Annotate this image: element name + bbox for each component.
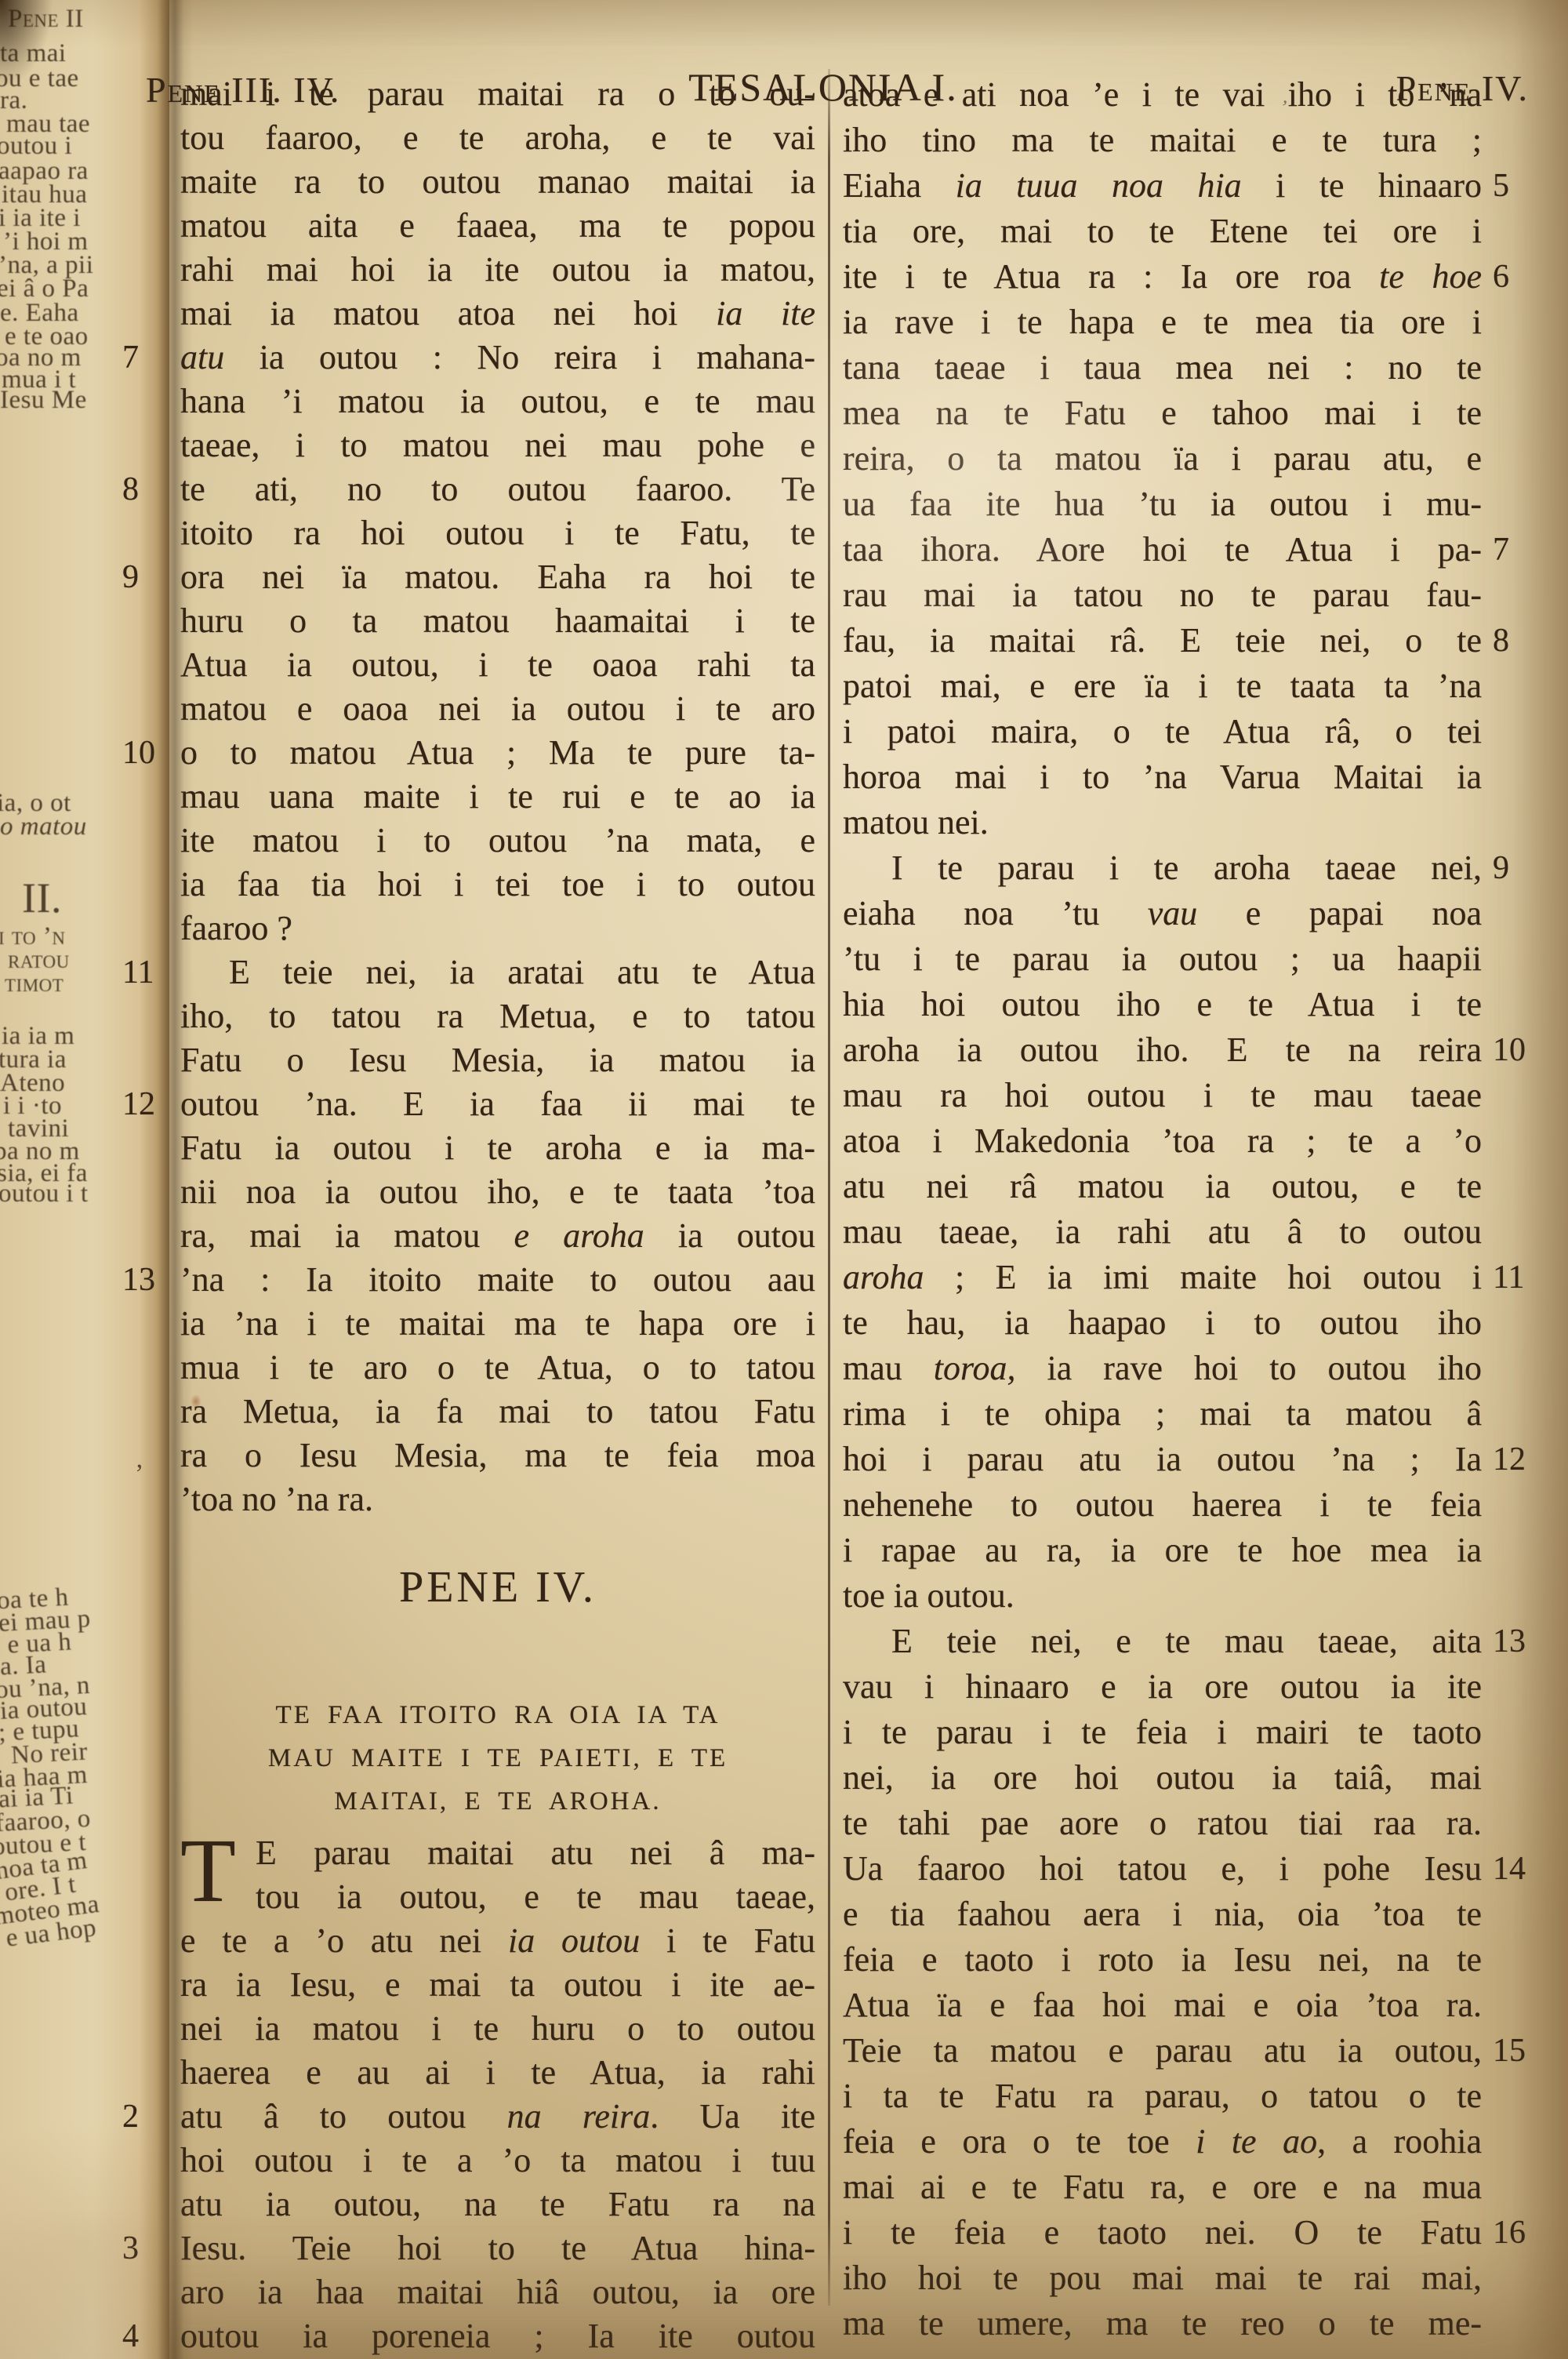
text-line: te hau, ia haapao i to outou iho (843, 1300, 1482, 1346)
chapter-heading: PENE IV. (180, 1559, 815, 1616)
text-line: maite ra to outou manao maitai ia (180, 160, 815, 204)
text-segment: iho, to tatou ra Metua, e to tatou (180, 997, 815, 1035)
text-segment: e te a ’o atu nei (180, 1921, 508, 1960)
italic-text: vau (1148, 894, 1198, 932)
text-line: hoi outou i te a ’o ta matou i tuu (180, 2139, 815, 2183)
text-segment: mau (843, 1349, 934, 1387)
section-summary-line: TE FAA ITOITO RA OIA IA TA (180, 1694, 815, 1737)
text-line: 13E teie nei, e te mau taeae, aita (843, 1619, 1482, 1664)
verse-number: 8 (122, 467, 169, 511)
text-segment: Fatu o Iesu Mesia, ia matou ia (180, 1041, 815, 1079)
text-line: 11aroha ; E ia imi maite hoi outou i (843, 1255, 1482, 1300)
text-line: i te parau i te feia i mairi te taoto (843, 1710, 1482, 1755)
text-line: Atua ia outou, i te oaoa rahi ta (180, 643, 815, 687)
text-segment: fau, ia maitai râ. E teie nei, o te (843, 621, 1482, 660)
text-segment: ra o Iesu Mesia, ma te feia moa (180, 1436, 815, 1474)
text-segment: rima i te ohipa ; mai ta matou â (843, 1394, 1482, 1433)
text-line: 3Iesu. Teie hoi to te Atua hina- (180, 2226, 815, 2270)
verse-number: 7 (122, 336, 169, 380)
text-segment: te ati, no to outou faaroo. Te (180, 470, 815, 508)
text-line: nii noa ia outou iho, e te taata ’toa (180, 1170, 815, 1214)
text-line: huru o ta matou haamaitai i te (180, 599, 815, 643)
text-segment: e tia faahou aera i nia, oia ’toa te (843, 1895, 1482, 1933)
text-segment: ia outou (644, 1216, 815, 1255)
text-segment: e papai noa (1197, 894, 1482, 932)
text-segment: maite ra to outou manao maitai ia (180, 162, 815, 201)
italic-text: te hoe (1379, 257, 1482, 296)
text-line: aro ia haa maitai hiâ outou, ia ore (180, 2270, 815, 2314)
text-segment: feia e taoto i roto ia Iesu nei, na te (843, 1940, 1482, 1979)
page-background: Pene IIta maiou e taera.mau taeoutou iaa… (0, 0, 1568, 2359)
text-line: ia faa tia hoi i tei toe i to outou (180, 863, 815, 907)
text-segment: , a roohia (1317, 2122, 1482, 2161)
facing-page-text-fragment: timot (5, 971, 64, 997)
text-segment: i te Fatu (640, 1921, 815, 1960)
text-segment: ra, mai ia matou (180, 1216, 514, 1255)
text-segment: eiaha noa ’tu (843, 894, 1148, 932)
verse-number: 4 (122, 2314, 169, 2358)
facing-page-text-fragment: II. (22, 877, 62, 919)
text-line: i ta te Fatu ra parau, o tatou o te (843, 2074, 1482, 2119)
text-segment: mau ra hoi outou i te mau taeae (843, 1076, 1482, 1114)
text-segment: ora nei ïa matou. Eaha ra hoi te (180, 558, 815, 596)
text-segment: iho hoi te pou mai mai te rai mai, (843, 2259, 1482, 2297)
text-line: ia ’na i te maitai ma te hapa ore i (180, 1302, 815, 1346)
text-segment: atu ia outou, na te Fatu ra na (180, 2185, 815, 2223)
text-segment: i te hinaaro (1242, 166, 1482, 205)
text-line: ma te umere, ma te reo o te me- (843, 2301, 1482, 2346)
text-line: ra o Iesu Mesia, ma te feia moa (180, 1434, 815, 1478)
text-segment: mua i te aro o te Atua, o to tatou (180, 1348, 815, 1387)
text-line: haerea e au ai i te Atua, ia rahi (180, 2051, 815, 2095)
text-segment: ra ia Iesu, e mai ta outou i ite ae- (180, 1965, 815, 2004)
text-line: TE parau maitai atu nei â ma- (180, 1831, 815, 1875)
text-line: i patoi maira, o te Atua râ, o tei (843, 709, 1482, 754)
text-line: ua faa ite hua ’tu ia outou i mu- (843, 482, 1482, 527)
verse-number: 8 (1493, 618, 1548, 663)
text-line: nei, ia ore hoi outou ia taiâ, mai (843, 1755, 1482, 1801)
text-line: 11E teie nei, ia aratai atu te Atua (180, 951, 815, 994)
text-line: rahi mai hoi ia ite outou ia matou, (180, 248, 815, 292)
text-segment: ite i te Atua ra : Ia ore roa (843, 257, 1379, 296)
text-segment: hana ’i matou ia outou, e te mau (180, 382, 815, 420)
text-line: mea na te Fatu e tahoo mai i te (843, 391, 1482, 436)
text-segment: vau i hinaaro e ia ore outou ia ite (843, 1667, 1482, 1706)
text-line: hia hoi outou iho e te Atua i te (843, 982, 1482, 1027)
text-line: ia rave i te hapa e te mea tia ore i (843, 300, 1482, 345)
text-line: 9I te parau i te aroha taeae nei, (843, 845, 1482, 891)
text-line: ra ia Iesu, e mai ta outou i ite ae- (180, 1963, 815, 2007)
verse-number: 15 (1493, 2028, 1548, 2074)
text-segment: huru o ta matou haamaitai i te (180, 602, 815, 640)
verse-number: 13 (122, 1258, 169, 1302)
text-segment: i rapae au ra, ia ore te hoe mea ia (843, 1531, 1482, 1569)
left-column: mai i te parau maitai ra o to ou-tou faa… (180, 72, 815, 2358)
text-segment: mai i te parau maitai ra o to ou- (180, 75, 815, 113)
text-line: ra, mai ia matou e aroha ia outou (180, 1214, 815, 1258)
facing-page-text-fragment: Iesu Me (0, 387, 87, 413)
italic-text: i te ao (1196, 2122, 1317, 2161)
text-segment: nei, ia ore hoi outou ia taiâ, mai (843, 1758, 1482, 1797)
verse-number: 13 (1493, 1619, 1548, 1664)
text-line: atu ia outou, na te Fatu ra na (180, 2183, 815, 2226)
text-line: iho, to tatou ra Metua, e to tatou (180, 994, 815, 1038)
text-segment: Ua faaroo hoi tatou e, i pohe Iesu (843, 1849, 1482, 1888)
text-segment: hoi outou i te a ’o ta matou i tuu (180, 2141, 815, 2179)
text-line: e tia faahou aera i nia, oia ’toa te (843, 1892, 1482, 1937)
text-line: rima i te ohipa ; mai ta matou â (843, 1391, 1482, 1437)
text-line: Atua ïa e faa hoi mai e oia ’toa ra. (843, 1983, 1482, 2028)
book-page-photo: { "colors": { "paper": "#e4d4ae", "ink":… (0, 0, 1568, 2359)
verse-number: 10 (122, 731, 169, 775)
text-line: 14Ua faaroo hoi tatou e, i pohe Iesu (843, 1846, 1482, 1892)
text-segment: te hau, ia haapao i to outou iho (843, 1303, 1482, 1342)
text-segment: mau taeae, ia rahi atu â to outou (843, 1212, 1482, 1251)
text-line: hana ’i matou ia outou, e te mau (180, 380, 815, 423)
text-line: mau uana maite i te rui e te ao ia (180, 775, 815, 819)
text-segment: tou ia outou, e te mau taeae, (256, 1877, 815, 1916)
text-line: matou e oaoa nei ia outou i te aro (180, 687, 815, 731)
verse-number: 5 (1493, 163, 1548, 209)
text-line: 7taa ihora. Aore hoi te Atua i pa- (843, 527, 1482, 572)
text-line: tou faaroo, e te aroha, e te vai (180, 116, 815, 160)
text-line: atoa e ati noa ’e i te vai iho i to ’na (843, 72, 1482, 118)
text-segment: patoi mai, e ere ïa i te taata ta ’na (843, 667, 1482, 705)
text-line: horoa mai i to ’na Varua Maitai ia (843, 754, 1482, 800)
italic-text: na reira (507, 2097, 651, 2135)
text-line: 13’na : Ia itoito maite to outou aau (180, 1258, 815, 1302)
text-line: eiaha noa ’tu vau e papai noa (843, 891, 1482, 936)
text-segment: ia outou : No reira i mahana- (224, 338, 815, 376)
text-segment: E teie nei, e te mau taeae, aita (891, 1622, 1482, 1660)
section-summary-line: MAITAI, E TE AROHA. (180, 1780, 815, 1823)
text-segment: hoi i parau atu ia outou ’na ; Ia (843, 1440, 1482, 1478)
text-segment: tana taeae i taua mea nei : no te (843, 348, 1482, 387)
text-line: e te a ’o atu nei ia outou i te Fatu (180, 1919, 815, 1963)
text-line: ’tu i te parau ia outou ; ua haapii (843, 936, 1482, 982)
text-segment: I te parau i te aroha taeae nei, (891, 849, 1482, 887)
facing-page-text-fragment: ta mai (0, 41, 67, 67)
text-line: iho hoi te pou mai mai te rai mai, (843, 2255, 1482, 2301)
text-segment: ia ’na i te maitai ma te hapa ore i (180, 1304, 815, 1343)
verse-number: 12 (122, 1082, 169, 1126)
text-line: tia ore, mai to te Etene tei ore i (843, 209, 1482, 254)
text-segment: tou faaroo, e te aroha, e te vai (180, 118, 815, 157)
text-segment: horoa mai i to ’na Varua Maitai ia (843, 758, 1482, 796)
text-line: 12hoi i parau atu ia outou ’na ; Ia (843, 1437, 1482, 1482)
text-line: 9ora nei ïa matou. Eaha ra hoi te (180, 555, 815, 599)
text-line: i rapae au ra, ia ore te hoe mea ia (843, 1528, 1482, 1573)
text-line: nei ia matou i te huru o to outou (180, 2007, 815, 2051)
facing-page-text-fragment: Pene II (8, 6, 84, 32)
text-line: reira, o ta matou ïa i parau atu, e (843, 436, 1482, 482)
text-line: feia e taoto i roto ia Iesu nei, na te (843, 1937, 1482, 1983)
text-line: ra Metua, ia fa mai to tatou Fatu (180, 1390, 815, 1434)
text-line: matou aita e faaea, ma te popou (180, 204, 815, 248)
text-segment: E parau maitai atu nei â ma- (256, 1834, 815, 1872)
text-segment: atu â to outou (180, 2097, 507, 2135)
text-line: 10o to matou Atua ; Ma te pure ta- (180, 731, 815, 775)
text-segment: outou ’na. E ia faa ii mai te (180, 1085, 815, 1123)
text-line: 2atu â to outou na reira. Ua ite (180, 2095, 815, 2139)
italic-text: atu (180, 338, 224, 376)
text-line: 12outou ’na. E ia faa ii mai te (180, 1082, 815, 1126)
text-line: 4outou ia poreneia ; Ia ite outou (180, 2314, 815, 2358)
text-segment: tia ore, mai to te Etene tei ore i (843, 212, 1482, 250)
text-segment: ra Metua, ia fa mai to tatou Fatu (180, 1392, 815, 1430)
text-segment: ; E ia imi maite hoi outou i (924, 1258, 1483, 1296)
text-line: 6ite i te Atua ra : Ia ore roa te hoe (843, 254, 1482, 300)
text-segment: aroha ia outou iho. E te na reira (843, 1030, 1482, 1069)
text-segment: mai ai e te Fatu ra, e ore e na mua (843, 2168, 1482, 2206)
text-line: mua i te aro o te Atua, o to tatou (180, 1346, 815, 1390)
text-segment: faaroo ? (180, 909, 292, 947)
text-line: nehenehe to outou haerea i te feia (843, 1482, 1482, 1528)
text-line: atu nei râ matou ia outou, e te (843, 1164, 1482, 1209)
text-line: feia e ora o te toe i te ao, a roohia (843, 2119, 1482, 2165)
text-segment: ma te umere, ma te reo o te me- (843, 2304, 1482, 2343)
text-line: faaroo ? (180, 907, 815, 951)
text-segment: ’tu i te parau ia outou ; ua haapii (843, 940, 1482, 978)
verse-number: 6 (1493, 254, 1548, 300)
text-segment: reira, o ta matou ïa i parau atu, e (843, 439, 1482, 478)
text-line: rau mai ia tatou no te parau fau- (843, 572, 1482, 618)
text-line: mai i te parau maitai ra o to ou- (180, 72, 815, 116)
text-line: taeae, i to matou nei mau pohe e (180, 423, 815, 467)
text-segment: feia e ora o te toe (843, 2122, 1196, 2161)
text-line: mau toroa, ia rave hoi to outou iho (843, 1346, 1482, 1391)
verse-number: 12 (1493, 1437, 1548, 1482)
text-segment: i patoi maira, o te Atua râ, o tei (843, 712, 1482, 751)
text-line: 10aroha ia outou iho. E te na reira (843, 1027, 1482, 1073)
text-segment: . Ua ite (650, 2097, 815, 2135)
text-segment: i ta te Fatu ra parau, o tatou o te (843, 2077, 1482, 2115)
text-segment: ia rave i te hapa e te mea tia ore i (843, 303, 1482, 341)
text-line: mai ai e te Fatu ra, e ore e na mua (843, 2165, 1482, 2210)
text-line: Fatu ia outou i te aroha e ia ma- (180, 1126, 815, 1170)
verse-number: 11 (122, 951, 169, 994)
facing-page-text-fragment: outou i t (0, 1181, 89, 1207)
right-column: atoa e ati noa ’e i te vai iho i to ’nai… (843, 72, 1482, 2346)
text-segment: i te parau i te feia i mairi te taoto (843, 1713, 1482, 1751)
facing-page-text-fragment: outou i (0, 133, 72, 159)
text-segment: i te feia e taoto nei. O te Fatu (843, 2213, 1482, 2252)
verse-number: 10 (1493, 1027, 1548, 1073)
text-segment: aro ia haa maitai hiâ outou, ia ore (180, 2273, 815, 2311)
text-segment: ’toa no ’na ra. (180, 1480, 373, 1518)
verse-number: 11 (1493, 1255, 1548, 1300)
text-segment: mai ia matou atoa nei hoi (180, 294, 716, 333)
verse-number: 7 (1493, 527, 1548, 572)
text-segment: Eiaha (843, 166, 956, 205)
text-segment: Teie ta matou e parau atu ia outou, (843, 2031, 1482, 2070)
text-line: 8te ati, no to outou faaroo. Te (180, 467, 815, 511)
text-line: matou nei. (843, 800, 1482, 845)
text-line: tana taeae i taua mea nei : no te (843, 345, 1482, 391)
text-line: 5Eiaha ia tuua noa hia i te hinaaro (843, 163, 1482, 209)
text-line: 16i te feia e taoto nei. O te Fatu (843, 2210, 1482, 2255)
text-segment: rahi mai hoi ia ite outou ia matou, (180, 250, 815, 289)
text-line: atoa i Makedonia ’toa ra ; te a ’o (843, 1118, 1482, 1164)
text-segment: ite matou i to outou ’na mata, e (180, 821, 815, 860)
text-line: te tahi pae aore o ratou tiai raa ra. (843, 1801, 1482, 1846)
verse-number: 9 (1493, 845, 1548, 891)
text-segment: matou e oaoa nei ia outou i te aro (180, 689, 815, 728)
text-segment: E teie nei, ia aratai atu te Atua (229, 953, 815, 991)
stray-ink-mark: ‚ (135, 1445, 143, 1474)
text-segment: hia hoi outou iho e te Atua i te (843, 985, 1482, 1023)
text-segment: nii noa ia outou iho, e te taata ’toa (180, 1172, 815, 1211)
text-line: 8fau, ia maitai râ. E teie nei, o te (843, 618, 1482, 663)
text-segment: Atua ia outou, i te oaoa rahi ta (180, 645, 815, 684)
text-segment: atoa e ati noa ’e i te vai iho i to ’na (843, 75, 1482, 114)
text-segment: taa ihora. Aore hoi te Atua i pa- (843, 530, 1482, 569)
verse-number: 14 (1493, 1846, 1548, 1892)
text-segment: taeae, i to matou nei mau pohe e (180, 426, 815, 464)
text-segment: nei ia matou i te huru o to outou (180, 2009, 815, 2048)
text-line: tou ia outou, e te mau taeae, (180, 1875, 815, 1919)
text-line: mau taeae, ia rahi atu â to outou (843, 1209, 1482, 1255)
text-segment: nehenehe to outou haerea i te feia (843, 1485, 1482, 1524)
text-line: mai ia matou atoa nei hoi ia ite (180, 292, 815, 336)
text-line: mau ra hoi outou i te mau taeae (843, 1073, 1482, 1118)
text-segment: Fatu ia outou i te aroha e ia ma- (180, 1129, 815, 1167)
section-summary-line: MAU MAITE I TE PAIETI, E TE (180, 1737, 815, 1780)
text-line: itoito ra hoi outou i te Fatu, te (180, 511, 815, 555)
text-segment: ’na : Ia itoito maite to outou aau (180, 1260, 815, 1299)
text-line: iho tino ma te maitai e te tura ; (843, 118, 1482, 163)
italic-text: aroha (843, 1258, 924, 1296)
text-segment: Atua ïa e faa hoi mai e oia ’toa ra. (843, 1986, 1482, 2024)
text-segment: iho tino ma te maitai e te tura ; (843, 121, 1482, 159)
italic-text: toroa, (934, 1349, 1016, 1387)
text-segment: matou aita e faaea, ma te popou (180, 206, 815, 245)
text-segment: atoa i Makedonia ’toa ra ; te a ’o (843, 1121, 1482, 1160)
text-segment: rau mai ia tatou no te parau fau- (843, 576, 1482, 614)
italic-text: ia ite (716, 294, 815, 333)
text-line: toe ia outou. (843, 1573, 1482, 1619)
italic-text: ia outou (508, 1921, 640, 1960)
text-line: 15Teie ta matou e parau atu ia outou, (843, 2028, 1482, 2074)
verse-number: 9 (122, 555, 169, 599)
text-line: patoi mai, e ere ïa i te taata ta ’na (843, 663, 1482, 709)
text-segment: outou ia poreneia ; Ia ite outou (180, 2317, 815, 2355)
text-segment: te tahi pae aore o ratou tiai raa ra. (843, 1804, 1482, 1842)
text-line: vau i hinaaro e ia ore outou ia ite (843, 1664, 1482, 1710)
verse-number: 3 (122, 2226, 169, 2270)
text-segment: ia faa tia hoi i tei toe i to outou (180, 865, 815, 903)
text-line: ite matou i to outou ’na mata, e (180, 819, 815, 863)
column-divider-rule (828, 69, 830, 2306)
verse-number: 16 (1493, 2210, 1548, 2255)
italic-text: ia tuua noa hia (956, 166, 1242, 205)
text-segment: haerea e au ai i te Atua, ia rahi (180, 2053, 815, 2092)
text-line: 7atu ia outou : No reira i mahana- (180, 336, 815, 380)
text-line: Fatu o Iesu Mesia, ia matou ia (180, 1038, 815, 1082)
facing-page-text-fragment: o matou (0, 814, 87, 840)
text-line: ’toa no ’na ra. (180, 1478, 815, 1521)
text-segment: ua faa ite hua ’tu ia outou i mu- (843, 485, 1482, 523)
text-segment: mau uana maite i te rui e te ao ia (180, 777, 815, 816)
text-segment: Iesu. Teie hoi to te Atua hina- (180, 2229, 815, 2267)
text-segment: toe ia outou. (843, 1576, 1014, 1615)
text-segment: atu nei râ matou ia outou, e te (843, 1167, 1482, 1205)
text-segment: matou nei. (843, 803, 989, 841)
text-segment: o to matou Atua ; Ma te pure ta- (180, 733, 815, 772)
text-segment: mea na te Fatu e tahoo mai i te (843, 394, 1482, 432)
text-segment: itoito ra hoi outou i te Fatu, te (180, 514, 815, 552)
verse-number: 2 (122, 2095, 169, 2139)
text-segment: ia rave hoi to outou iho (1016, 1349, 1482, 1387)
italic-text: e aroha (514, 1216, 644, 1255)
